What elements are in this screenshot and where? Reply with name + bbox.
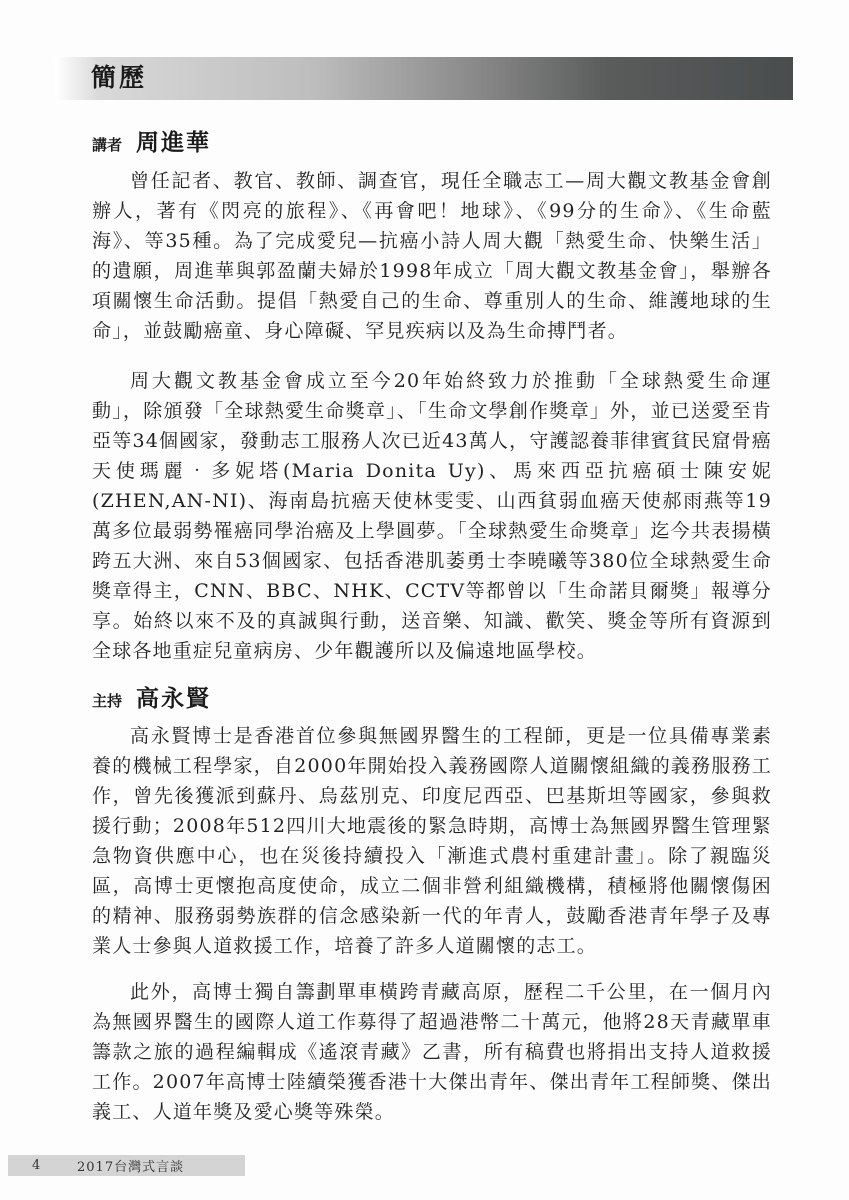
speaker-role-label: 講者 xyxy=(92,134,122,155)
speaker-bio-paragraph-2: 周大觀文教基金會成立至今20年始終致力於推動「全球熱愛生命運動」，除頒發「全球熱… xyxy=(92,366,772,666)
speaker-heading: 講者 周進華 xyxy=(92,124,211,157)
page-footer: 4 2017台灣式言談 xyxy=(8,1155,245,1176)
speaker-bio-paragraph-1: 曾任記者、教官、教師、調查官，現任全職志工—周大觀文教基金會創辦人，著有《閃亮的… xyxy=(92,166,772,346)
host-role-label: 主持 xyxy=(92,690,122,711)
host-name: 高永賢 xyxy=(136,680,211,713)
host-heading: 主持 高永賢 xyxy=(92,680,211,713)
speaker-name: 周進華 xyxy=(136,124,211,157)
publication-title: 2017台灣式言談 xyxy=(77,1156,184,1175)
host-bio-paragraph-2: 此外，高博士獨自籌劃單車橫跨青藏高原，歷程二千公里，在一個月內為無國界醫生的國際… xyxy=(92,977,772,1127)
section-title: 簡歷 xyxy=(91,63,147,93)
page-number: 4 xyxy=(32,1158,77,1173)
host-bio-paragraph-1: 高永賢博士是香港首位參與無國界醫生的工程師，更是一位具備專業素養的機械工程學家，… xyxy=(92,721,772,961)
section-header-bar: 簡歷 xyxy=(55,57,793,100)
